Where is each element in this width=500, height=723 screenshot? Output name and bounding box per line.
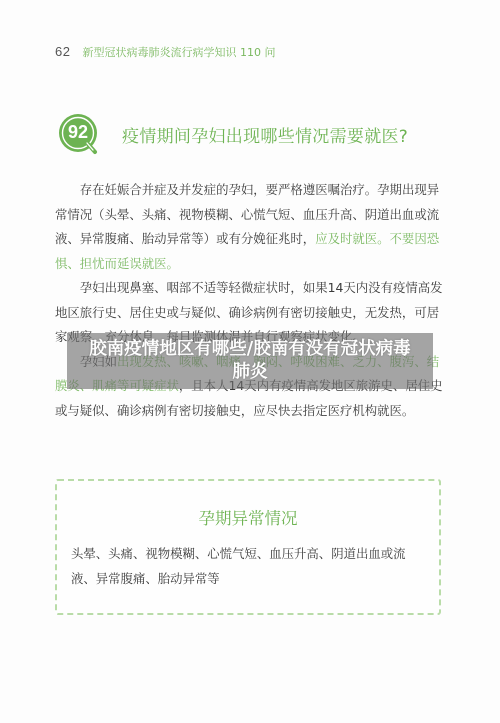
info-box: 孕期异常情况 头晕、头痛、视物模糊、心慌气短、血压升高、阴道出血或流液、异常腹痛…	[55, 479, 441, 615]
question-title: 疫情期间孕妇出现哪些情况需要就医?	[122, 122, 408, 147]
info-box-body: 头晕、头痛、视物模糊、心慌气短、血压升高、阴道出血或流液、异常腹痛、胎动异常等	[71, 541, 427, 591]
question-heading: 92 疫情期间孕妇出现哪些情况需要就医?	[58, 113, 408, 155]
caption-overlay: 胶南疫情地区有哪些/胶南有没有冠状病毒肺炎	[67, 333, 433, 389]
book-title: 新型冠状病毒肺炎流行病学知识 110 问	[82, 44, 275, 60]
question-number: 92	[58, 122, 98, 143]
page-number: 62	[55, 44, 70, 59]
page-header: 62 新型冠状病毒肺炎流行病学知识 110 问	[55, 44, 275, 60]
caption-overlay-text: 胶南疫情地区有哪些/胶南有没有冠状病毒肺炎	[85, 338, 415, 384]
info-box-title: 孕期异常情况	[57, 505, 439, 529]
question-number-badge: 92	[58, 113, 100, 155]
paragraph-1: 存在妊娠合并症及并发症的孕妇，要严格遵医嘱治疗。孕期出现异常情况（头晕、头痛、视…	[55, 178, 447, 276]
